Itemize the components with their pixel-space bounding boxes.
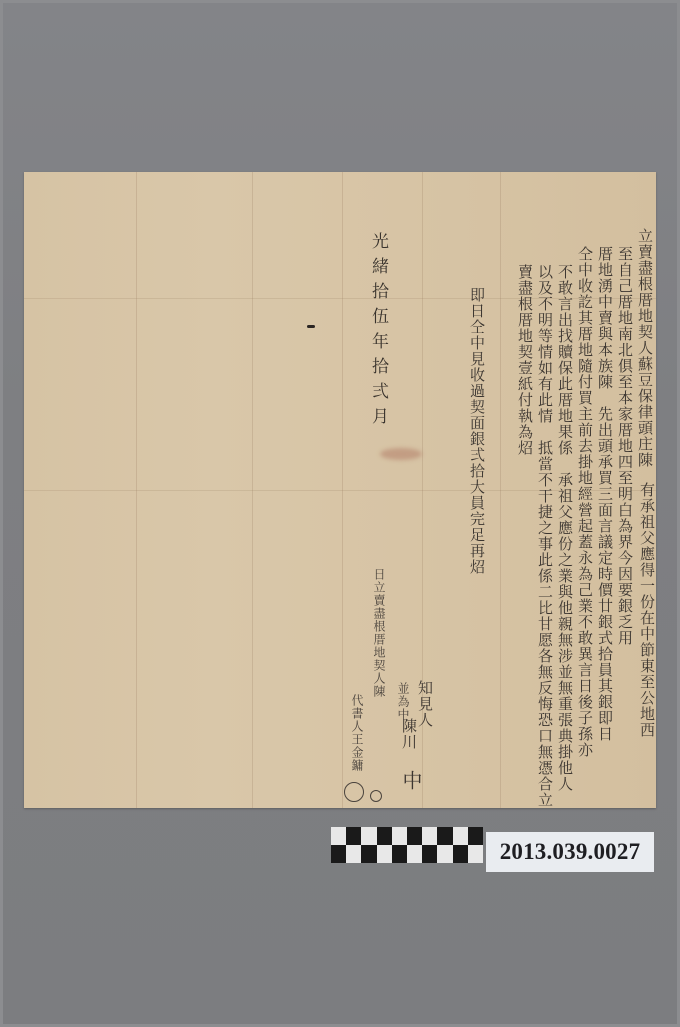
scale-cell: [377, 845, 392, 863]
red-stain: [380, 448, 422, 460]
seller-label: 日立賣盡根厝地契人陳: [372, 568, 386, 698]
scale-cell: [468, 845, 483, 863]
body-column-8: 賣盡根厝地契壹紙付執為炤: [516, 264, 534, 456]
scribe-seal-mark: [344, 782, 364, 802]
scribe-label: 代書人王金鏞: [350, 694, 364, 772]
body-column-5: 仝中收訖其厝地隨付買主前去掛地經營起蓋永為己業不敢異言日後子孫亦: [576, 246, 594, 758]
accession-number-label: 2013.039.0027: [486, 832, 654, 872]
scale-cell: [377, 827, 392, 845]
scale-cell: [331, 827, 346, 845]
scale-cell: [407, 827, 422, 845]
ink-mark: [307, 325, 315, 328]
scale-cell: [361, 845, 376, 863]
scale-cell: [468, 827, 483, 845]
scale-cell: [392, 845, 407, 863]
body-column-2: 有承祖父應得一份在中節東至公地西: [638, 482, 656, 738]
witness-name: 陳川: [400, 718, 418, 750]
body-column-7: 以及不明等情如有此情 抵當不干捷之事此係二比甘愿各無反悔恐口無憑合立: [536, 264, 554, 808]
seller-circle-mark: [370, 790, 382, 802]
body-column-6: 不敢言出找贖保此厝地果係 承祖父應份之業與他親無涉並無重張典掛他人: [556, 264, 574, 792]
deed-paper: 光緒拾伍年拾弍月 立賣盡根厝地契人蘇豆保律頭庄陳 有承祖父應得一份在中節東至公地…: [24, 172, 656, 808]
scale-cell: [437, 827, 452, 845]
color-scale-bar: [331, 827, 483, 863]
scale-cell: [422, 845, 437, 863]
scale-cell: [346, 827, 361, 845]
middleman-label: 並為中: [396, 682, 410, 721]
scale-cell: [453, 845, 468, 863]
date-line: 光緒拾伍年拾弍月: [368, 232, 388, 432]
photo-stage: 光緒拾伍年拾弍月 立賣盡根厝地契人蘇豆保律頭庄陳 有承祖父應得一份在中節東至公地…: [0, 0, 680, 1027]
scale-cell: [361, 827, 376, 845]
scale-cell: [392, 827, 407, 845]
scale-cell: [422, 827, 437, 845]
witness-mark: 中: [402, 770, 420, 791]
scale-cell: [453, 827, 468, 845]
scale-cell: [331, 845, 346, 863]
scale-cell: [437, 845, 452, 863]
scale-cell: [346, 845, 361, 863]
body-column-9: 即日仝中見收過契面銀弍拾大員完足再炤: [468, 287, 486, 575]
body-column-4: 厝地湧中賣與本族陳 先出頭承買三面言議定時價廿銀式拾員其銀即日: [596, 246, 614, 742]
scale-cell: [407, 845, 422, 863]
body-column-3: 至自己厝地南北俱至本家厝地四至明白為界今因要銀乏用: [616, 246, 634, 646]
witness-label: 知見人: [416, 680, 434, 728]
body-column-1: 立賣盡根厝地契人蘇豆保律頭庄陳: [636, 228, 654, 468]
